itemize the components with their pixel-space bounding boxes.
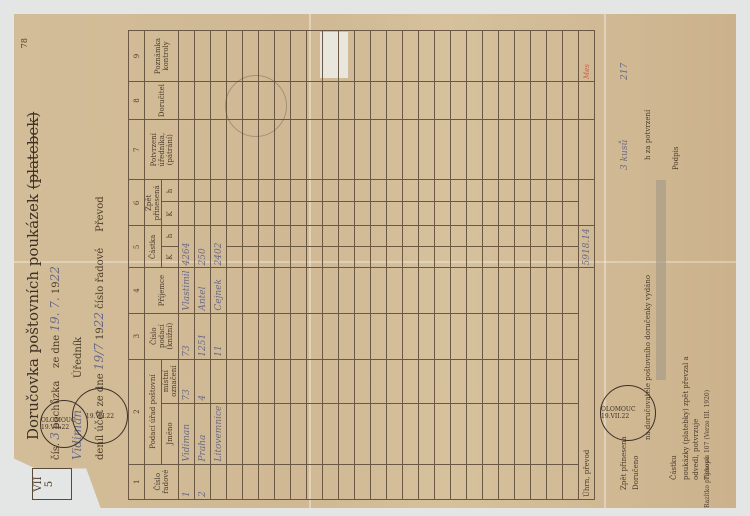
document-title: Doručovka poštovních poukázek (platebek) [24,112,42,440]
empty-row [403,31,419,500]
header-recipient: Příjemce [145,268,179,313]
struck-title-word: (platebek) [24,112,42,190]
empty-row [419,31,435,500]
header-office: Podací úřad poštovní [145,359,162,464]
table-row: Litovemnice 11 Cejnek 2402 [211,31,227,500]
empty-row [483,31,499,500]
empty-row [515,31,531,500]
header-returned: Zpět přinesená [145,180,162,226]
total-sum: 5918.14 [579,226,595,268]
header-control-note: Poznámka kontroly [145,31,179,82]
header-book-no: Číslo podací (knižní) [145,313,179,359]
page-mark: 78 [20,38,29,48]
empty-row [499,31,515,500]
table-header-row: Číslo řadové Podací úřad poštovní Číslo … [145,31,162,500]
table-row: 1 Vidiman 73 73 Vlastimil 4264 [179,31,195,500]
table-row: 2 Praha 4 1251 Antel 250 [195,31,211,500]
empty-row [467,31,483,500]
empty-row [355,31,371,500]
empty-row [531,31,547,500]
empty-row [339,31,355,500]
header-serial: Číslo řadové [145,464,179,499]
header-amount: Částka [145,226,162,268]
header-carrier: Doručitel [145,82,179,120]
empty-row [547,31,563,500]
office-number-box: VII 5 [32,468,72,500]
empty-row [563,31,579,500]
postmark-stamp: OLOMOUC 19.VII.22 [600,385,656,441]
delivery-table: 1 2 3 4 5 6 7 8 9 Číslo řadové Podací úř… [128,30,595,500]
totals-row: Úhrn, převod 5918.14 Mes [579,31,595,500]
pencil-scribble [656,180,666,380]
postmark-stamp: 19.VII.22 [72,388,128,444]
red-annotation: Mes [579,31,595,82]
column-number-row: 1 2 3 4 5 6 7 8 9 [129,31,145,500]
date-handwritten: 19. 7. [48,297,62,331]
empty-row [323,31,339,500]
empty-row [435,31,451,500]
empty-row [371,31,387,500]
empty-row [451,31,467,500]
empty-row [291,31,307,500]
count-handwritten: 3 kusů [620,140,630,170]
header-confirmation: Potvrzení úředníka, (pátrání) [145,120,179,180]
empty-row [387,31,403,500]
right-handwritten-number: 217 [620,63,630,80]
faint-postmark [225,75,287,137]
empty-row [307,31,323,500]
